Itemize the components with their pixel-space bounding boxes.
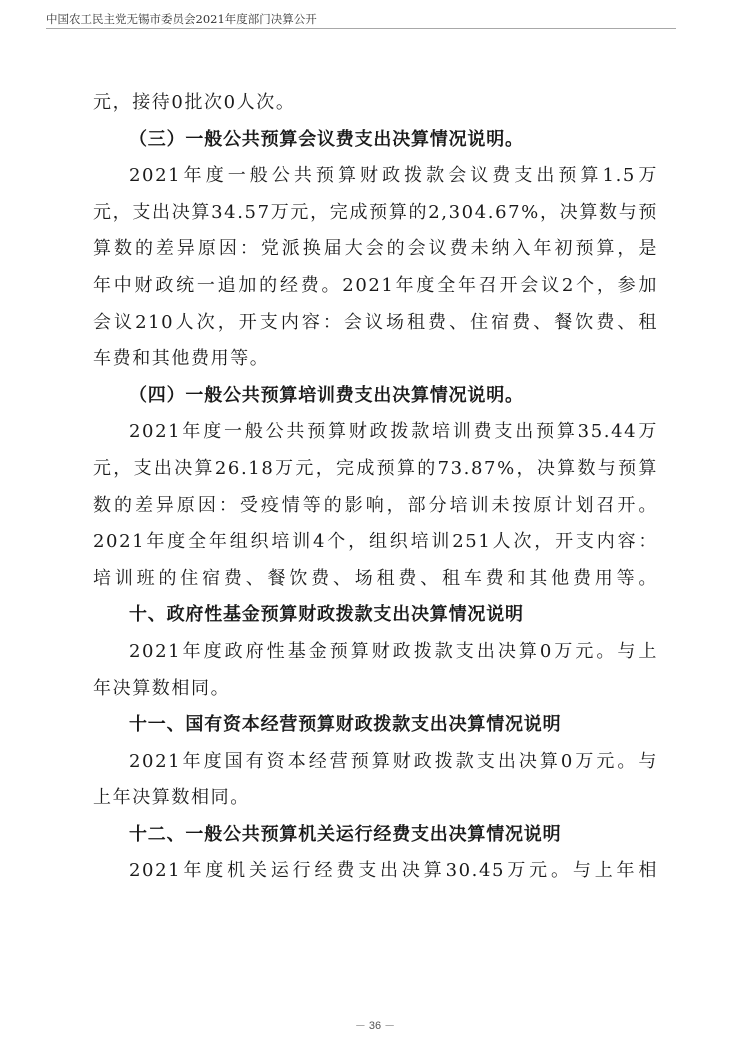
paragraph-line: 2021年度一般公共预算财政拨款培训费支出预算35.44万	[93, 417, 658, 454]
paragraph-line: 2021年度全年组织培训4个，组织培训251人次，开支内容：	[93, 527, 658, 564]
section-heading: 十一、国有资本经营预算财政拨款支出决算情况说明	[93, 710, 658, 747]
document-body: 元，接待0批次0人次。（三）一般公共预算会议费支出决算情况说明。2021年度一般…	[93, 88, 658, 893]
section-heading: 十、政府性基金预算财政拨款支出决算情况说明	[93, 600, 658, 637]
paragraph-line: 年决算数相同。	[93, 674, 658, 711]
paragraph-line: 元，支出决算26.18万元，完成预算的73.87%，决算数与预算	[93, 454, 658, 491]
paragraph-line: 算数的差异原因：党派换届大会的会议费未纳入年初预算，是	[93, 234, 658, 271]
paragraph-line: 2021年度国有资本经营预算财政拨款支出决算0万元。与	[93, 747, 658, 784]
section-heading: （四）一般公共预算培训费支出决算情况说明。	[93, 381, 658, 418]
section-heading: 十二、一般公共预算机关运行经费支出决算情况说明	[93, 820, 658, 857]
paragraph-line: 数的差异原因：受疫情等的影响，部分培训未按原计划召开。	[93, 491, 658, 528]
paragraph-line: 车费和其他费用等。	[93, 344, 658, 381]
paragraph-line: 2021年度机关运行经费支出决算30.45万元。与上年相	[93, 856, 658, 893]
header-title: 中国农工民主党无锡市委员会2021年度部门决算公开	[46, 11, 317, 27]
paragraph-line: 年中财政统一追加的经费。2021年度全年召开会议2个，参加	[93, 271, 658, 308]
paragraph-line: 会议210人次，开支内容：会议场租费、住宿费、餐饮费、租	[93, 308, 658, 345]
page-header: 中国农工民主党无锡市委员会2021年度部门决算公开	[46, 10, 676, 29]
paragraph-line: 元，支出决算34.57万元，完成预算的2,304.67%，决算数与预	[93, 198, 658, 235]
paragraph-line: 培训班的住宿费、餐饮费、场租费、租车费和其他费用等。	[93, 564, 658, 601]
paragraph-line: 上年决算数相同。	[93, 783, 658, 820]
paragraph-line: 2021年度政府性基金预算财政拨款支出决算0万元。与上	[93, 637, 658, 674]
page-number: － 36 －	[0, 1017, 750, 1033]
paragraph-line: 2021年度一般公共预算财政拨款会议费支出预算1.5万	[93, 161, 658, 198]
paragraph-line: 元，接待0批次0人次。	[93, 88, 658, 125]
section-heading: （三）一般公共预算会议费支出决算情况说明。	[93, 125, 658, 162]
